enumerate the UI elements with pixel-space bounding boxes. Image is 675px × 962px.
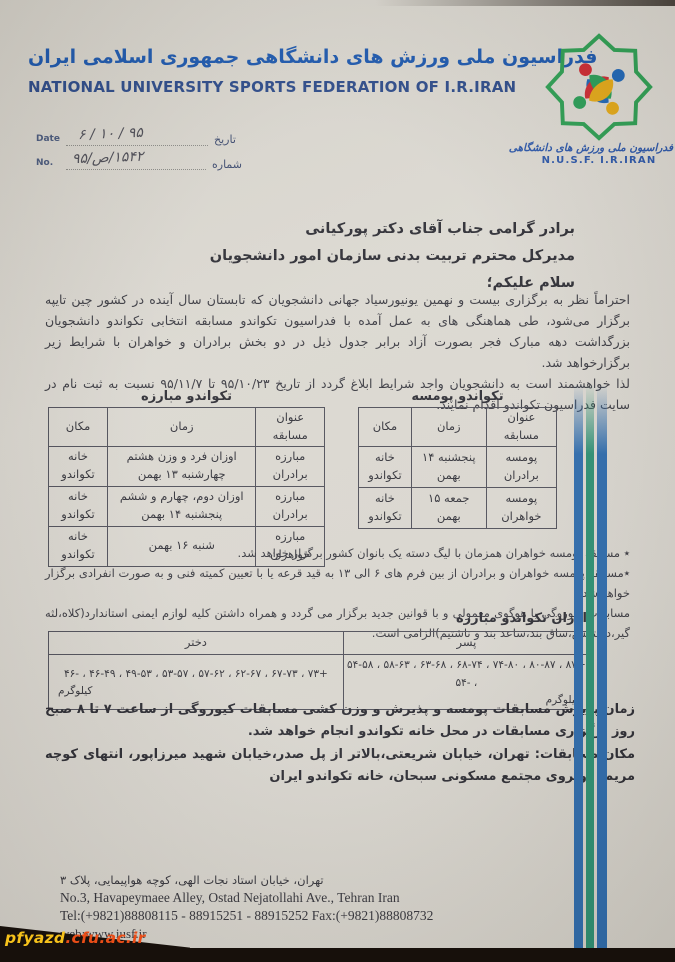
- logo-caption-en: N.U.S.F. I.R.IRAN: [525, 155, 673, 166]
- letter-photo: فدراسیون ملی ورزش های دانشگاهی جمهوری اس…: [0, 0, 675, 962]
- footer-address-fa: تهران، خیابان استاد نجات الهی، کوچه هواپ…: [60, 872, 324, 889]
- col-header-time: زمان: [411, 408, 486, 447]
- col-header-place: مکان: [49, 408, 108, 447]
- watermark-part-1: pfyazd: [5, 929, 65, 947]
- number-value-handwritten: ۱۵۴۲/ص/۹۵: [72, 149, 144, 167]
- poomsae-table-title: تکواندو پومسه: [358, 389, 557, 404]
- logo-caption-fa: فدراسیون ملی ورزش های دانشگاهی: [525, 142, 673, 154]
- table-header-row: عنوان مسابقه زمان مکان: [49, 408, 325, 447]
- cell-time: جمعه ۱۵ بهمن: [411, 487, 486, 528]
- col-header-event: عنوان مسابقه: [486, 408, 556, 447]
- recipient-line-1: برادر گرامی جناب آقای دکتر پورکیانی: [210, 216, 575, 243]
- date-value-handwritten: ۹۵ / ۱۰ / ۶: [78, 125, 143, 143]
- table-header-row: پسر دختر: [49, 632, 590, 655]
- girls-weight-values: +۷۳ ، ۶۷-۷۳ ، ۶۲-۶۷ ، ۵۷-۶۲ ، ۵۳-۵۷ ، ۴۹…: [64, 668, 328, 680]
- cell-place: خانه تکواندو: [49, 446, 108, 486]
- eight-point-star-icon: [540, 28, 658, 146]
- watermark-part-2: .cfu.ac.ir: [65, 929, 145, 947]
- notes-block: ٭ مسابقه پومسه خواهران همزمان با لیگ دست…: [45, 543, 630, 643]
- poomsae-table-section: تکواندو پومسه عنوان مسابقه زمان مکان پوم…: [358, 389, 557, 529]
- date-line: Date ۹۵ / ۱۰ / ۶ تاریخ: [36, 128, 256, 148]
- footer-tel-fax: Tel:(+9821)88808115 - 88915251 - 8891525…: [60, 907, 433, 925]
- col-header-girls: دختر: [49, 632, 344, 655]
- col-header-event: عنوان مسابقه: [256, 408, 325, 447]
- cell-place: خانه تکواندو: [359, 446, 412, 487]
- cell-time: پنجشنبه ۱۴ بهمن: [411, 446, 486, 487]
- stripe-blue-right: [597, 384, 607, 948]
- photo-bottom-edge: [0, 948, 675, 962]
- number-label-fa: شماره: [212, 158, 242, 171]
- cell-place: خانه تکواندو: [359, 487, 412, 528]
- kyorugi-table-section: تکواندو مبارزه عنوان مسابقه زمان مکان مب…: [48, 389, 325, 567]
- footer-address-en: No.3, Havapeymaee Alley, Ostad Nejatolla…: [60, 889, 433, 907]
- cell-event: مبارزه برادران: [256, 446, 325, 486]
- table-row: پومسه خواهران جمعه ۱۵ بهمن خانه تکواندو: [359, 487, 557, 528]
- nusf-logo: فدراسیون ملی ورزش های دانشگاهی N.U.S.F. …: [525, 28, 673, 166]
- col-header-boys: پسر: [343, 632, 589, 655]
- weights-title: اوزان تکواندو مبارزه: [456, 611, 587, 626]
- col-header-time: زمان: [108, 408, 256, 447]
- table-row: مبارزه برادران اوزان دوم، چهارم و ششم پن…: [49, 486, 325, 526]
- cell-place: خانه تکواندو: [49, 486, 108, 526]
- boys-weight-values: +۸۷ ، ۸۰-۸۷ ، ۷۴-۸۰ ، ۶۸-۷۴ ، ۶۳-۶۸ ، ۵۸…: [347, 659, 586, 689]
- letter-paper: فدراسیون ملی ورزش های دانشگاهی جمهوری اس…: [0, 0, 675, 949]
- girls-weight-unit: کیلوگرم: [52, 683, 340, 699]
- recipient-line-2: مدیرکل محترم تربیت بدنی سازمان امور دانش…: [210, 243, 575, 270]
- poomsae-table: عنوان مسابقه زمان مکان پومسه برادران پنج…: [358, 407, 557, 529]
- col-header-place: مکان: [359, 408, 412, 447]
- cell-event: مبارزه برادران: [256, 486, 325, 526]
- recipient-block: برادر گرامی جناب آقای دکتر پورکیانی مدیر…: [210, 216, 575, 297]
- schedule-note: زمان پذیرش مسابقات پومسه و پذیرش و وزن ک…: [45, 699, 635, 743]
- cell-time: اوزان فرد و وزن هشتم چهارشنبه ۱۳ بهمن: [108, 446, 256, 486]
- letterhead-title-en: NATIONAL UNIVERSITY SPORTS FEDERATION OF…: [28, 78, 516, 96]
- table-row: مبارزه برادران اوزان فرد و وزن هشتم چهار…: [49, 446, 325, 486]
- date-label-en: Date: [36, 134, 60, 144]
- number-label-en: No.: [36, 158, 53, 168]
- table-row: پومسه برادران پنجشنبه ۱۴ بهمن خانه تکوان…: [359, 446, 557, 487]
- cell-event: پومسه برادران: [486, 446, 556, 487]
- cell-time: اوزان دوم، چهارم و ششم پنجشنبه ۱۴ بهمن: [108, 486, 256, 526]
- table-header-row: عنوان مسابقه زمان مکان: [359, 408, 557, 447]
- stripe-green-middle: [586, 384, 594, 948]
- number-line: No. ۱۵۴۲/ص/۹۵ شماره: [36, 152, 256, 172]
- side-stripes: [574, 384, 608, 948]
- note-2: ٭مسابقه پومسه خواهران و برادران از بین ف…: [45, 563, 630, 603]
- dancing-figures-icon: [571, 61, 627, 117]
- note-1: ٭ مسابقه پومسه خواهران همزمان با لیگ دست…: [45, 543, 630, 563]
- cell-event: پومسه خواهران: [486, 487, 556, 528]
- date-label-fa: تاریخ: [214, 133, 236, 146]
- photo-top-edge: [375, 0, 675, 6]
- letterhead-title-fa: فدراسیون ملی ورزش های دانشگاهی جمهوری اس…: [28, 46, 597, 68]
- location-note: مکان مسابقات: تهران، خیابان شریعتی،بالات…: [45, 744, 635, 788]
- kyorugi-table-title: تکواندو مبارزه: [48, 389, 325, 404]
- body-paragraph-1: احتراماً نظر به برگزاری بیست و نهمین یون…: [45, 289, 630, 373]
- stripe-blue-left: [574, 384, 583, 948]
- watermark: pfyazd.cfu.ac.ir: [5, 929, 146, 947]
